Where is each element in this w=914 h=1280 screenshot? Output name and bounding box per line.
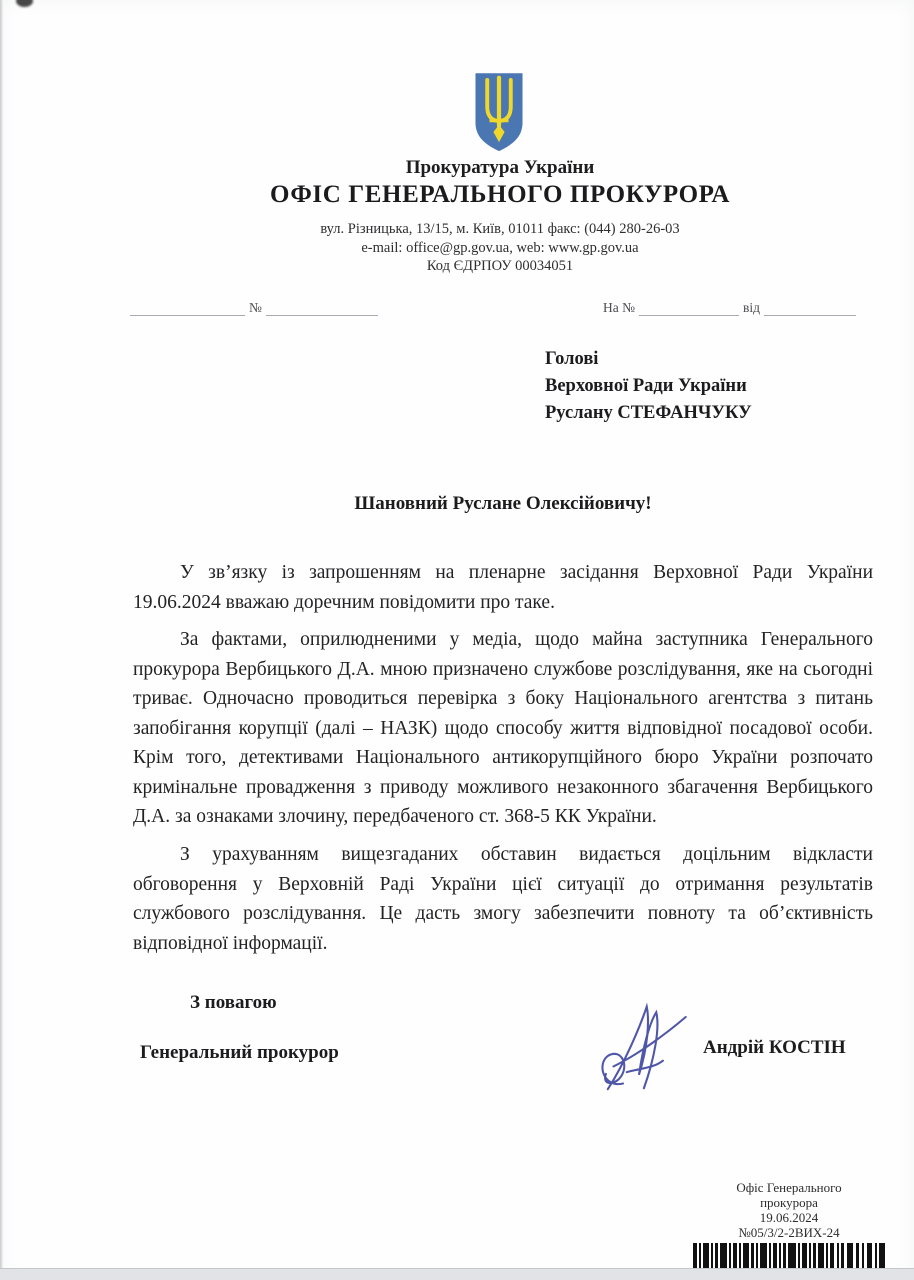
body-paragraph-2: За фактами, оприлюдненими у медіа, щодо … (133, 625, 873, 832)
scan-corner-artifact (16, 0, 33, 7)
stamp-number: №05/3/2-2ВИХ-24 (693, 1225, 885, 1240)
salutation: Шановний Руслане Олексійовичу! (133, 493, 873, 515)
scan-page-left-edge (0, 0, 3, 1268)
closing-regards: З повагою (190, 992, 277, 1014)
number-blank-field (266, 302, 378, 316)
org-name-line2: ОФІС ГЕНЕРАЛЬНОГО ПРОКУРОРА (86, 181, 914, 209)
on-number-label: На № (599, 300, 639, 315)
org-address: вул. Різницька, 13/15, м. Київ, 01011 фа… (86, 221, 914, 238)
recipient-name: Руслану СТЕФАНЧУКУ (545, 400, 752, 427)
registration-stamp: Офіс Генерального прокурора 19.06.2024 №… (693, 1180, 885, 1269)
ukraine-trident-emblem (471, 70, 527, 156)
body-paragraph-1: У зв’язку із запрошенням на пленарне зас… (133, 558, 873, 617)
recipient-block: Голові Верховної Ради України Руслану СТ… (545, 346, 752, 427)
org-edrpou-code: Код ЄДРПОУ 00034051 (86, 258, 914, 275)
signer-position: Генеральний прокурор (140, 1042, 339, 1064)
from-date-blank-field (764, 302, 856, 316)
stamp-date: 19.06.2024 (693, 1210, 885, 1225)
scanned-letter-page: Прокуратура України ОФІС ГЕНЕРАЛЬНОГО ПР… (0, 0, 914, 1280)
barcode (693, 1243, 885, 1269)
recipient-institution: Верховної Ради України (545, 373, 752, 400)
from-label: від (739, 300, 764, 315)
org-name-line1: Прокуратура України (86, 157, 914, 179)
org-contacts: e-mail: office@gp.gov.ua, web: www.gp.go… (86, 240, 914, 257)
on-number-blank-field (639, 302, 739, 316)
handwritten-signature (592, 998, 692, 1093)
incoming-number-fields: На №від (599, 300, 856, 316)
body-paragraph-3-wrap: З урахуванням вищезгаданих обставин вида… (133, 840, 873, 958)
stamp-org-line1: Офіс Генерального (693, 1180, 885, 1195)
outgoing-number-fields: № (130, 300, 378, 316)
scan-page-bottom-edge (0, 1268, 914, 1280)
number-sign-label: № (245, 300, 266, 315)
recipient-title: Голові (545, 346, 752, 373)
body-paragraph-1-wrap: У зв’язку із запрошенням на пленарне зас… (133, 558, 873, 617)
stamp-org-line2: прокурора (693, 1195, 885, 1210)
signer-name: Андрій КОСТІН (703, 1037, 846, 1059)
date-blank-field (130, 302, 245, 316)
body-paragraph-2-wrap: За фактами, оприлюдненими у медіа, щодо … (133, 625, 873, 832)
body-paragraph-3: З урахуванням вищезгаданих обставин вида… (133, 840, 873, 958)
